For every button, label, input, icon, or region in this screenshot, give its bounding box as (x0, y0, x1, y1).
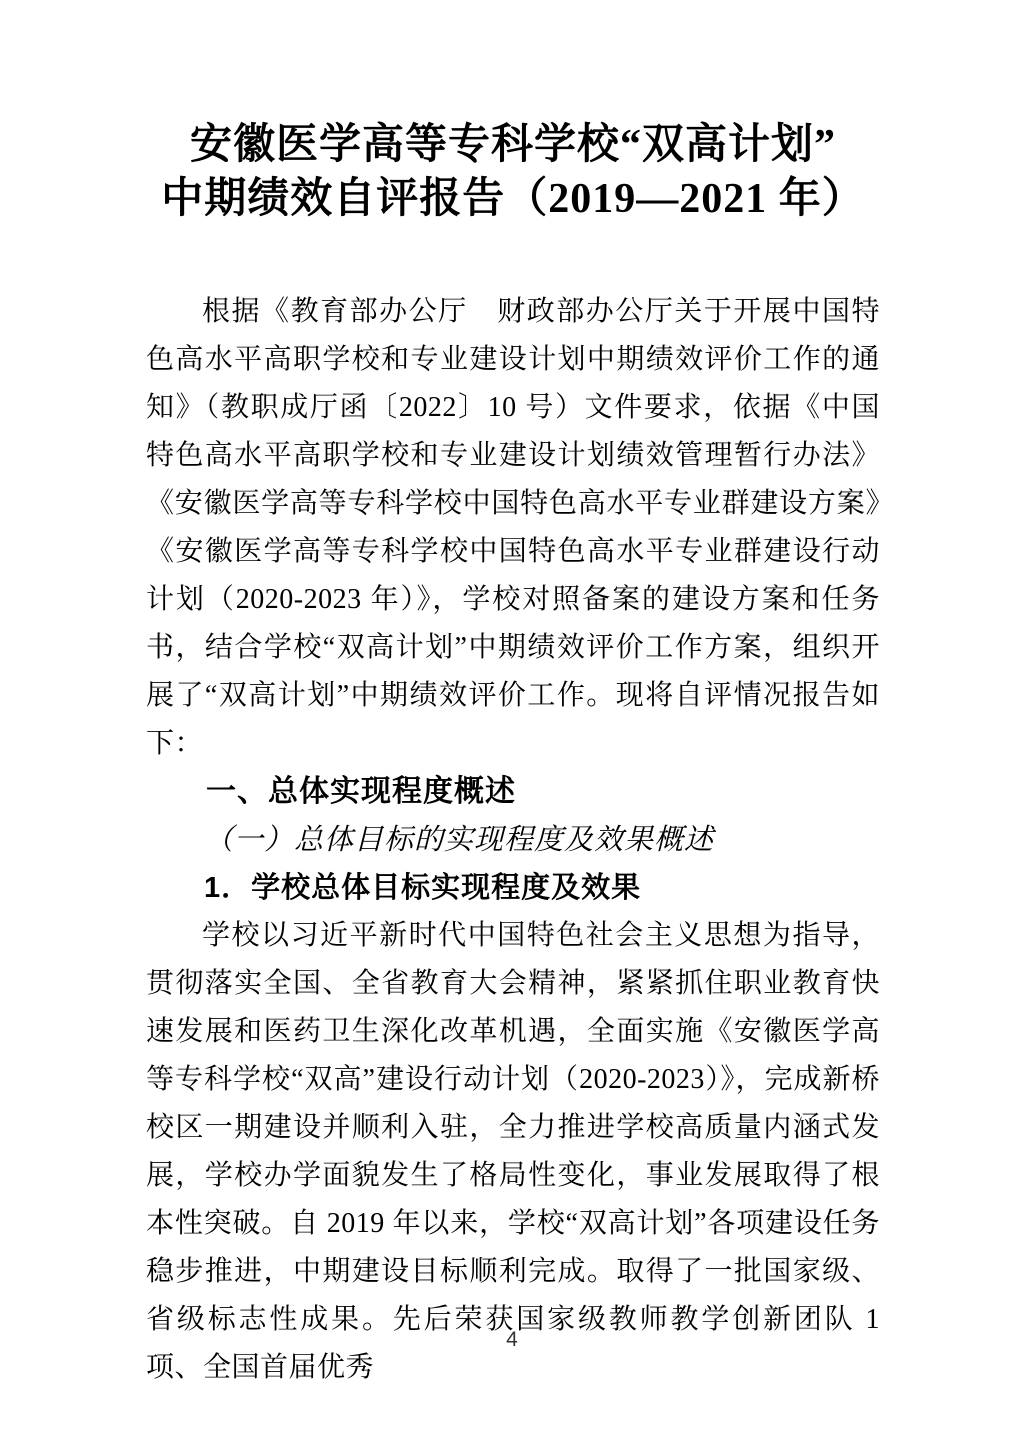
subsubsection-heading-school-goal-achievement: 1．学校总体目标实现程度及效果 (146, 864, 880, 912)
section-heading-overall-summary: 一、总体实现程度概述 (146, 768, 880, 816)
paragraph-school-overview: 学校以习近平新时代中国特色社会主义思想为指导，贯彻落实全国、全省教育大会精神，紧… (146, 912, 880, 1392)
document-page: 安徽医学高等专科学校“双高计划” 中期绩效自评报告（2019—2021 年） 根… (0, 0, 1024, 1448)
document-title-line-1: 安徽医学高等专科学校“双高计划” (146, 118, 880, 172)
page-number: 4 (506, 1328, 518, 1351)
document-title: 安徽医学高等专科学校“双高计划” 中期绩效自评报告（2019—2021 年） (146, 118, 880, 226)
subsection-heading-overall-goal-summary: （一）总体目标的实现程度及效果概述 (146, 816, 880, 864)
page-footer: 4 (0, 1328, 1024, 1352)
document-title-line-2: 中期绩效自评报告（2019—2021 年） (146, 172, 880, 226)
paragraph-intro: 根据《教育部办公厅 财政部办公厅关于开展中国特色高水平高职学校和专业建设计划中期… (146, 288, 880, 768)
